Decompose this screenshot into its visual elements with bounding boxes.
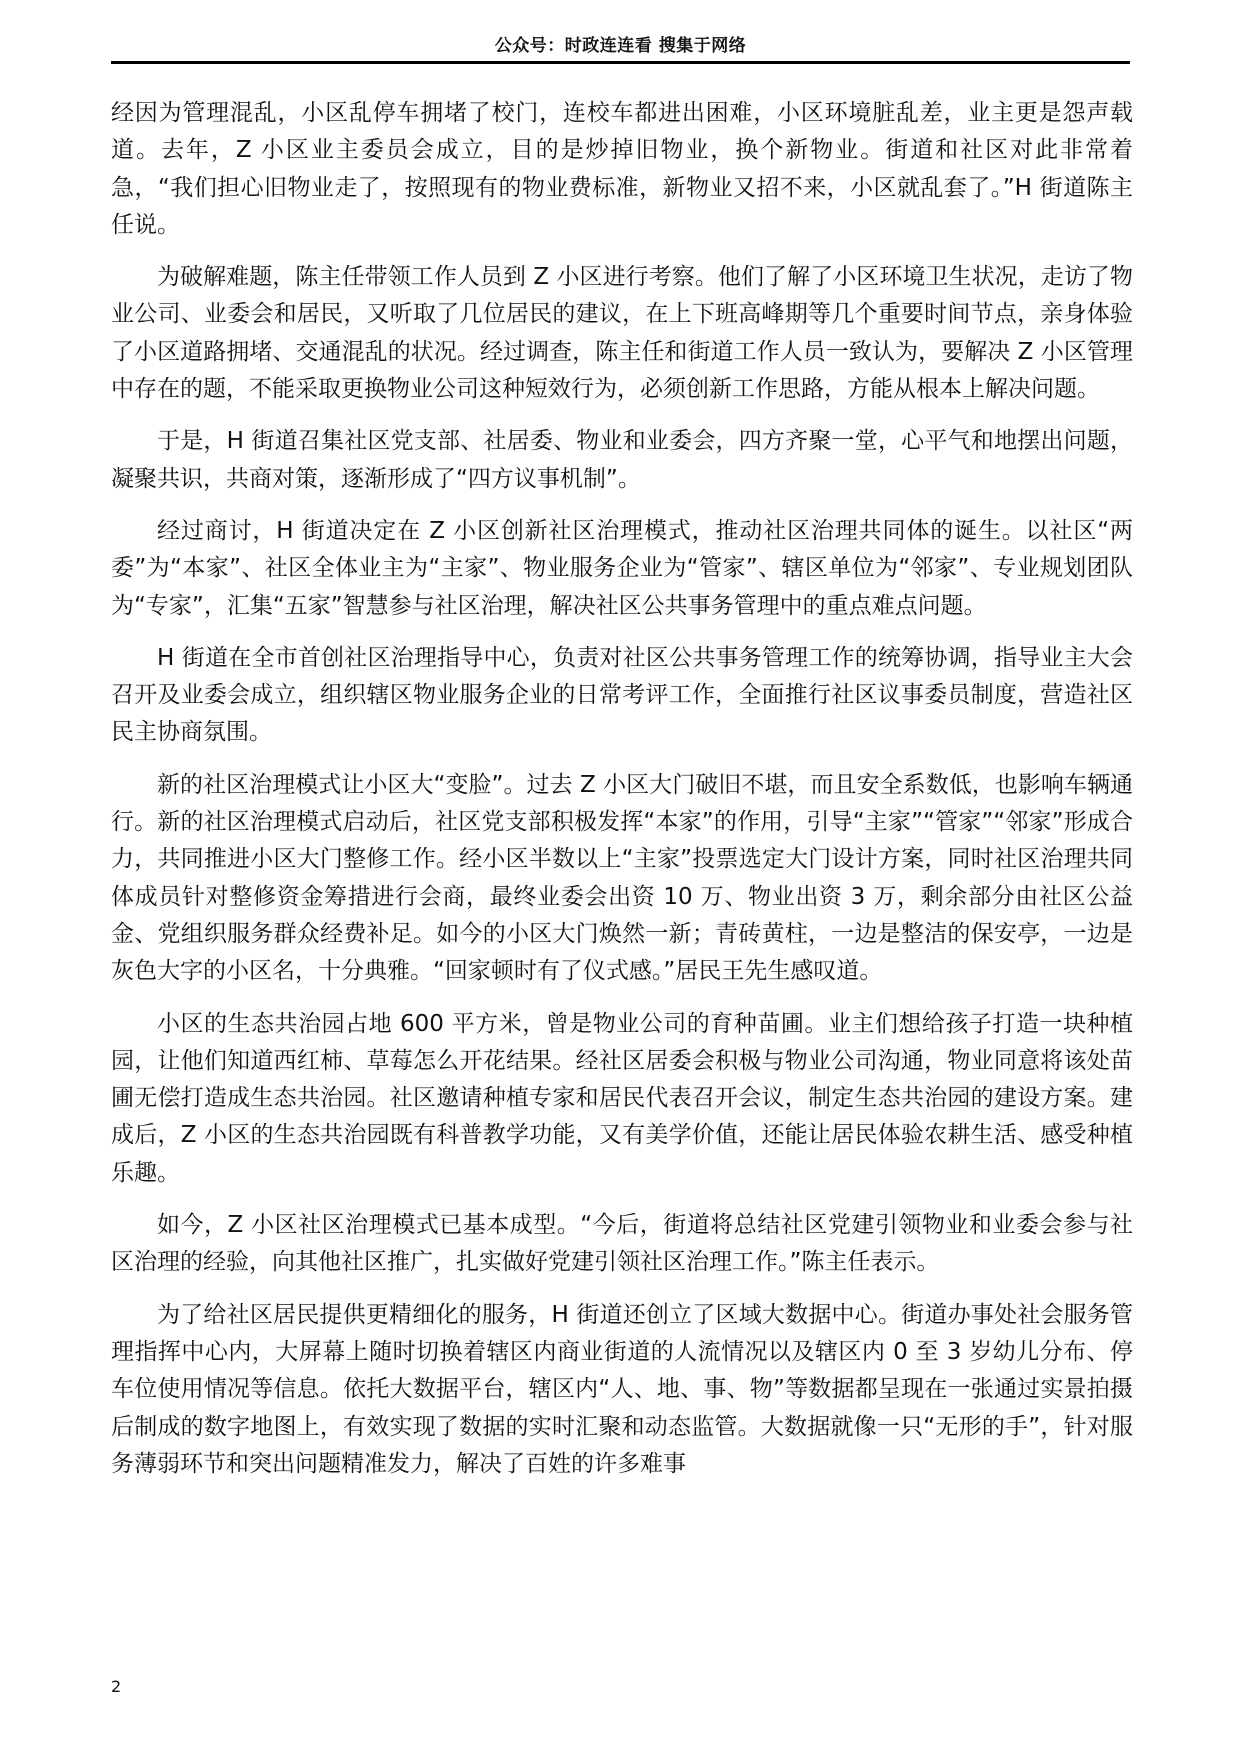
header-divider (111, 61, 1130, 64)
paragraph: 经因为管理混乱，小区乱停车拥堵了校门，连校车都进出困难，小区环境脏乱差，业主更是… (111, 95, 1133, 244)
document-body: 经因为管理混乱，小区乱停车拥堵了校门，连校车都进出困难，小区环境脏乱差，业主更是… (111, 95, 1133, 1498)
page-number: 2 (111, 1678, 121, 1696)
paragraph: 经过商讨，H 街道决定在 Z 小区创新社区治理模式，推动社区治理共同体的诞生。以… (111, 513, 1133, 625)
paragraph: 于是，H 街道召集社区党支部、社居委、物业和业委会，四方齐聚一堂，心平气和地摆出… (111, 423, 1133, 498)
paragraph: 为了给社区居民提供更精细化的服务，H 街道还创立了区域大数据中心。街道办事处社会… (111, 1297, 1133, 1483)
paragraph: 新的社区治理模式让小区大“变脸”。过去 Z 小区大门破旧不堪，而且安全系数低，也… (111, 767, 1133, 991)
paragraph: 小区的生态共治园占地 600 平方米，曾是物业公司的育种苗圃。业主们想给孩子打造… (111, 1006, 1133, 1192)
paragraph: H 街道在全市首创社区治理指导中心，负责对社区公共事务管理工作的统筹协调，指导业… (111, 640, 1133, 752)
paragraph: 如今，Z 小区社区治理模式已基本成型。“今后，街道将总结社区党建引领物业和业委会… (111, 1207, 1133, 1282)
page-header: 公众号：时政连连看 搜集于网络 (111, 36, 1130, 62)
paragraph: 为破解难题，陈主任带领工作人员到 Z 小区进行考察。他们了解了小区环境卫生状况，… (111, 259, 1133, 408)
